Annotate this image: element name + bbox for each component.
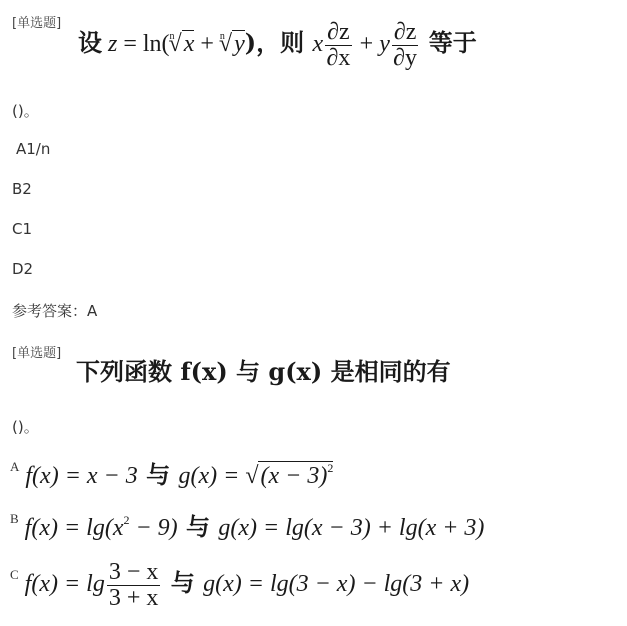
partial-fraction-x: ∂z∂x [325,20,352,71]
option-letter: C [10,567,19,582]
root-index: n [220,31,225,42]
frac-den: 3 + x [107,586,161,611]
question-stem: 设 z = ln(n√x + n√y)，则 x∂z∂x + y∂z∂y 等于 [78,20,477,71]
with-word: 与 [138,460,179,489]
expr-g: g(x) = lg(3 − x) − lg(3 + x) [203,571,469,597]
answer-blank: ()。 [12,416,39,437]
option-d[interactable]: D2 [12,260,33,278]
stem-suffix: 等于 [420,28,476,57]
expr-f: f(x) = lg(x [25,515,124,541]
expr-f: f(x) = x − 3 [25,463,137,489]
option-a[interactable]: A f(x) = x − 3 与 g(x) = √(x − 3)2 [10,455,333,490]
with-word: 与 [162,568,203,597]
root-index: n [170,31,175,42]
frac-num: 3 − x [107,560,161,586]
partial-fraction-y: ∂z∂y [392,20,419,71]
stem-eq: = ln( [117,31,169,57]
plus: + [194,31,220,57]
stem-close: )，则 [245,28,313,57]
x-coef: x [312,31,323,57]
option-letter: A [10,459,19,474]
stem-prefix: 设 [78,28,102,57]
option-c[interactable]: C1 [12,220,32,238]
root-y: y [234,31,245,57]
frac-num: ∂z [392,20,419,46]
expr-g: g(x) = [178,463,245,489]
root-x: x [184,31,195,57]
y-coef: y [379,31,390,57]
exponent: 2 [327,461,333,475]
expr-f-post: − 9) [129,515,177,541]
question-type-tag: [单选题] [12,12,61,31]
sqrt-body: (x − 3) [260,463,327,489]
option-letter: B [10,511,19,526]
var-z: z [108,31,117,57]
frac-num: ∂z [325,20,352,46]
expr-g: g(x) = lg(x − 3) + lg(x + 3) [218,515,484,541]
with-word: 与 [178,512,219,541]
answer-blank: ()。 [12,100,39,121]
frac-den: ∂x [325,46,352,71]
fraction: 3 − x3 + x [107,560,161,611]
option-b[interactable]: B2 [12,180,32,198]
option-a[interactable]: A1/n [16,140,50,158]
option-b[interactable]: B f(x) = lg(x2 − 9) 与 g(x) = lg(x − 3) +… [10,507,484,542]
frac-den: ∂y [392,46,419,71]
expr-f: f(x) = lg [25,571,105,597]
question-type-tag: [单选题] [12,342,61,361]
question-stem: 下列函数 f(x) 与 g(x) 是相同的有 [76,352,451,387]
plus: + [354,31,380,57]
option-c[interactable]: C f(x) = lg3 − x3 + x 与 g(x) = lg(3 − x)… [10,560,469,611]
reference-answer: 参考答案：A [12,300,97,321]
